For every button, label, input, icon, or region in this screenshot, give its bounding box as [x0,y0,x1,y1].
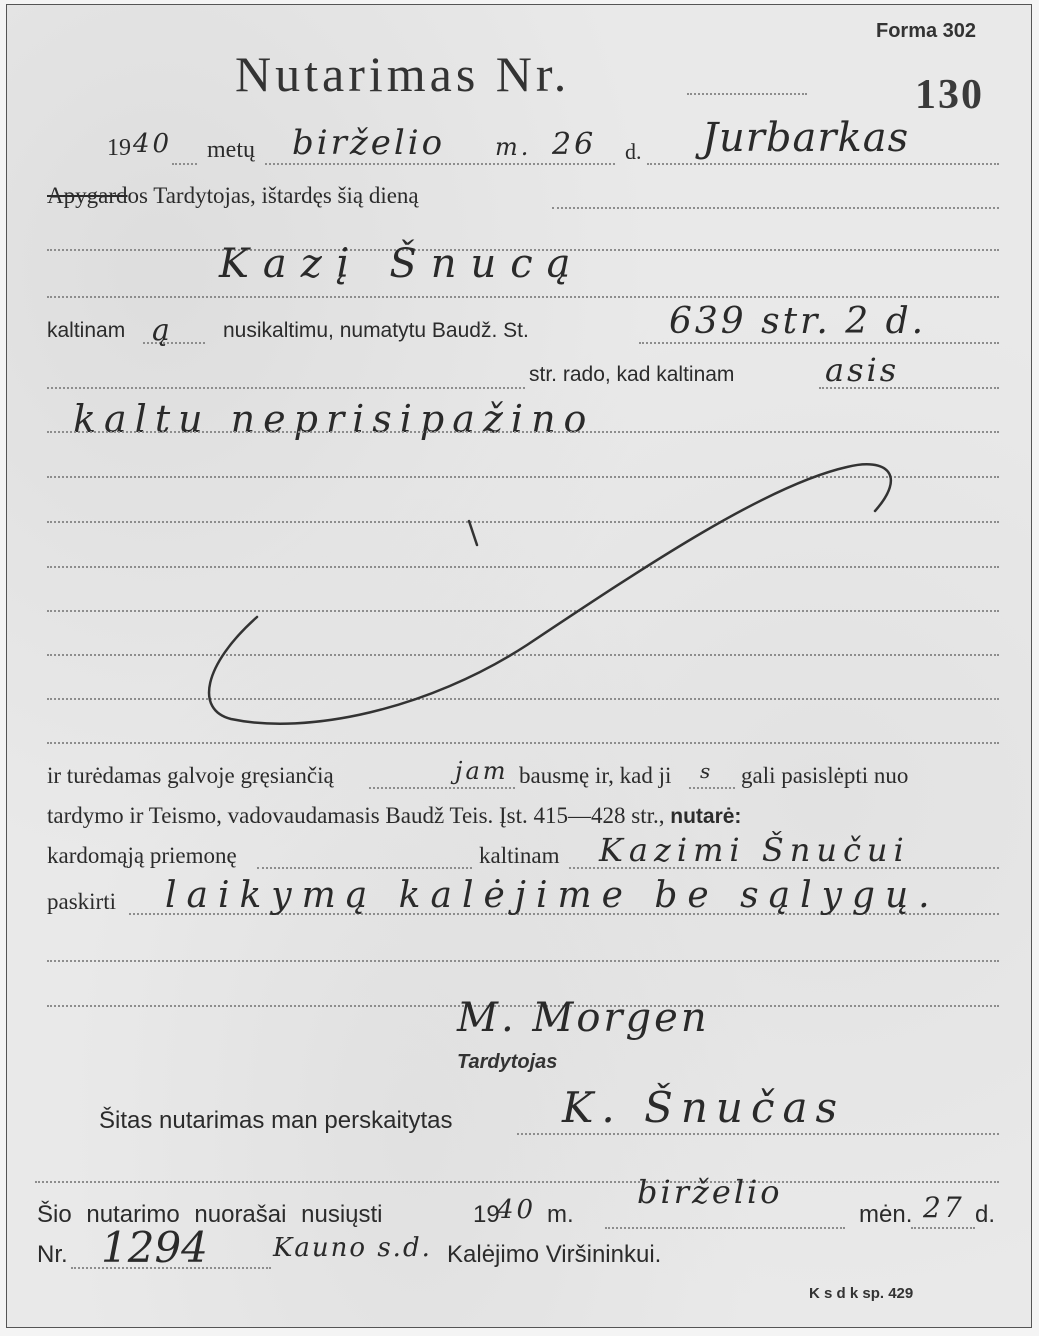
footer-m-label: m. [547,1201,574,1229]
paragraph-text: kaltinam [479,843,559,869]
footer-year-prefix: 19 [473,1201,500,1229]
accused-dative-handwritten: Kazimi Šnučui [599,831,910,869]
ruled-line [47,960,999,962]
footer-year-handwritten: 40 [497,1195,536,1225]
footer-d-label: d. [975,1201,995,1229]
printer-mark: K s d k sp. 429 [809,1285,913,1302]
paragraph-text: tardymo ir Teismo, vadovaudamasis Baudž … [47,803,665,828]
paragraph-text: kardomąją priemonę [47,843,237,869]
nutare-label: nutarė: [670,805,741,828]
ji-suffix-handwritten: s [700,759,713,783]
document-page: Forma 302 Nutarimas Nr. 130 19 40 metų b… [6,4,1032,1328]
nr-label: Nr. [37,1241,68,1269]
measure-handwritten: laikymą kalėjime be sąlygų. [165,875,940,916]
footer-day-handwritten: 27 [923,1191,965,1224]
dotted-line [257,867,472,869]
paragraph-line-2: tardymo ir Teismo, vadovaudamasis Baudž … [47,803,741,829]
dotted-line [369,787,515,789]
investigator-signature: M. Morgen [457,995,710,1041]
dotted-line [605,1227,845,1229]
dotted-line [689,787,735,789]
paragraph-text: gali pasislėpti nuo [741,763,908,789]
signature-line [517,1133,999,1135]
paragraph-text: paskirti [47,889,116,915]
paragraph-text: bausmę ir, kad ji [519,763,671,789]
paragraph-text: ir turėdamas galvoje gręsiančią [47,763,334,788]
read-label: Šitas nutarimas man perskaitytas [99,1107,452,1135]
ruled-line [35,1181,999,1183]
men-label: mėn. [859,1201,912,1229]
jam-handwritten: jam [455,757,509,785]
recipient-label: Kalėjimo Viršininkui. [447,1241,661,1269]
nr-handwritten: 1294 [101,1223,208,1272]
copies-label: Šio nutarimo nuorašai nusiųsti [37,1201,383,1229]
investigator-label: Tardytojas [457,1051,557,1074]
paragraph-line-1: ir turėdamas galvoje gręsiančią [47,763,334,789]
recipient-handwritten: Kauno s.d. [273,1233,432,1263]
accused-signature: K. Šnučas [562,1083,845,1132]
footer-month-handwritten: birželio [637,1173,783,1211]
dotted-line [911,1227,975,1229]
